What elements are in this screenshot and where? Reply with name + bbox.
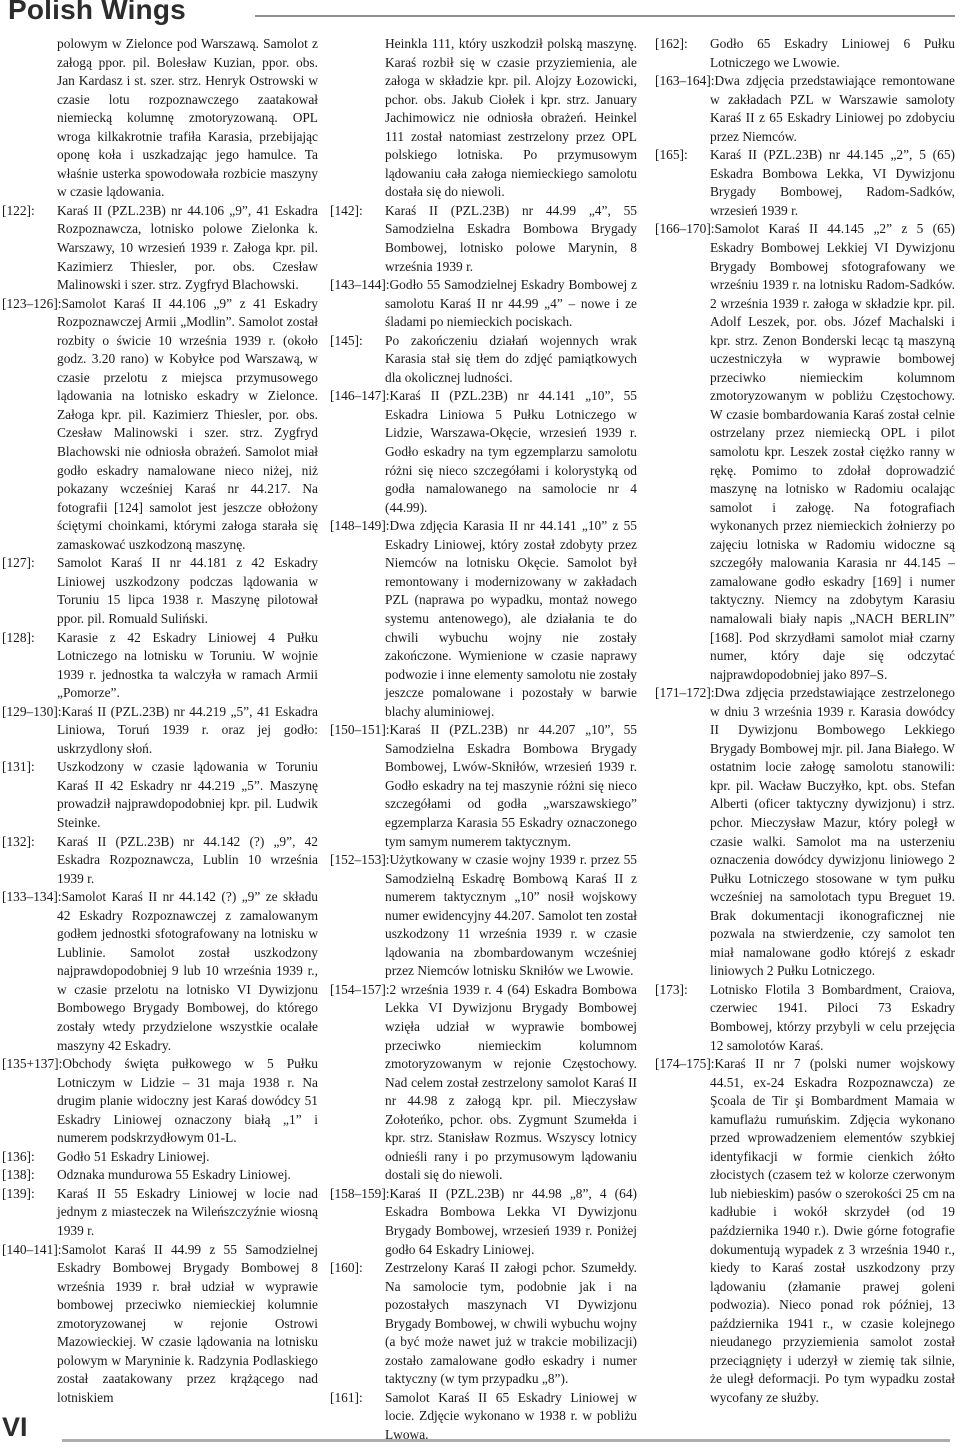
caption-entry: [139]:Karaś II 55 Eskadry Liniowej w loc… — [2, 1185, 318, 1241]
caption-entry: [148–149]:Dwa zdjęcia Karasia II nr 44.1… — [330, 517, 637, 721]
caption-text: Samolot Karaś II 44.145 „2” z 5 (65) Esk… — [710, 221, 955, 681]
caption-ref-label: [146–147]: — [330, 387, 390, 406]
header-rule — [255, 15, 955, 17]
caption-ref-label: [150–151]: — [330, 721, 390, 740]
text-column-2: Heinkla 111, który uszkodził polską masz… — [330, 35, 637, 1440]
caption-ref-label: [133–134]: — [2, 888, 62, 907]
caption-text: Karaś II (PZL.23B) nr 44.145 „2”, 5 (65)… — [710, 147, 955, 218]
caption-entry: [122]:Karaś II (PZL.23B) nr 44.106 „9”, … — [2, 202, 318, 295]
caption-text: Heinkla 111, który uszkodził polską masz… — [385, 36, 637, 199]
caption-entry: [138]:Odznaka mundurowa 55 Eskadry Linio… — [2, 1166, 318, 1185]
caption-ref-label: [152–153]: — [330, 851, 390, 870]
caption-entry: [127]:Samolot Karaś II nr 44.181 z 42 Es… — [2, 554, 318, 628]
footer-rule — [62, 1439, 950, 1442]
caption-text: Karaś II (PZL.23B) nr 44.141 „10”, 55 Es… — [385, 388, 637, 514]
text-column-1: polowym w Zielonce pod Warszawą. Samolot… — [2, 35, 318, 1440]
caption-text: Dwa zdjęcia przedstawiające zestrzeloneg… — [710, 685, 955, 978]
caption-entry: [140–141]:Samolot Karaś II 44.99 z 55 Sa… — [2, 1241, 318, 1408]
caption-entry: [174–175]:Karaś II nr 7 (polski numer wo… — [655, 1055, 955, 1407]
caption-text: Godło 55 Samodzielnej Eskadry Bombowej z… — [385, 277, 637, 329]
caption-text: polowym w Zielonce pod Warszawą. Samolot… — [57, 36, 318, 199]
caption-ref-label: [158–159]: — [330, 1185, 390, 1204]
caption-ref-label: [163–164]: — [655, 72, 715, 91]
caption-text: Lotnisko Flotila 3 Bombardment, Craiova,… — [710, 982, 955, 1053]
caption-entry: [173]:Lotnisko Flotila 3 Bombardment, Cr… — [655, 981, 955, 1055]
caption-ref-label: [140–141]: — [2, 1241, 62, 1260]
caption-ref-label: [143–144]: — [330, 276, 390, 295]
caption-entry: [133–134]:Samolot Karaś II nr 44.142 (?)… — [2, 888, 318, 1055]
caption-ref-label: [132]: — [2, 833, 57, 852]
caption-text: Samolot Karaś II 44.99 z 55 Samodzielnej… — [57, 1242, 318, 1405]
caption-entry: [142]:Karaś II (PZL.23B) nr 44.99 „4”, 5… — [330, 202, 637, 276]
caption-entry: [131]:Uszkodzony w czasie lądowania w To… — [2, 758, 318, 832]
caption-ref-label: [148–149]: — [330, 517, 390, 536]
caption-text: Obchody święta pułkowego w 5 Pułku Lotni… — [57, 1056, 318, 1145]
caption-text: Karasie z 42 Eskadry Liniowej 4 Pułku Lo… — [57, 630, 318, 701]
caption-text: Dwa zdjęcia przedstawiające remontowane … — [710, 73, 955, 144]
caption-text: Samolot Karaś II 44.106 „9” z 41 Eskadry… — [57, 296, 318, 552]
caption-ref-label: [123–126]: — [2, 295, 62, 314]
page-title: Polish Wings — [8, 0, 186, 26]
caption-ref-label: [166–170]: — [655, 220, 715, 239]
caption-text: Karaś II (PZL.23B) nr 44.142 (?) „9”, 42… — [57, 834, 318, 886]
caption-ref-label: [160]: — [330, 1259, 385, 1278]
caption-ref-label: [122]: — [2, 202, 57, 221]
caption-entry: [150–151]:Karaś II (PZL.23B) nr 44.207 „… — [330, 721, 637, 851]
caption-text: Samolot Karaś II nr 44.142 (?) „9” ze sk… — [57, 889, 318, 1052]
caption-entry: [145]:Po zakończeniu działań wojennych w… — [330, 332, 637, 388]
caption-text: Po zakończeniu działań wojennych wrak Ka… — [385, 333, 637, 385]
caption-text: 2 września 1939 r. 4 (64) Eskadra Bombow… — [385, 982, 637, 1182]
caption-ref-label: [165]: — [655, 146, 710, 165]
caption-text: Zestrzelony Karaś II załogi pchor. Szume… — [385, 1260, 637, 1386]
caption-ref-label: [135+137]: — [2, 1055, 62, 1074]
caption-entry: [132]:Karaś II (PZL.23B) nr 44.142 (?) „… — [2, 833, 318, 889]
caption-entry: [154–157]:2 września 1939 r. 4 (64) Eska… — [330, 981, 637, 1185]
caption-text: Karaś II nr 7 (polski numer wojskowy 44.… — [710, 1056, 955, 1405]
caption-text: Karaś II (PZL.23B) nr 44.98 „8”, 4 (64) … — [385, 1186, 637, 1257]
caption-text: Karaś II (PZL.23B) nr 44.207 „10”, 55 Sa… — [385, 722, 637, 848]
caption-entry: [123–126]:Samolot Karaś II 44.106 „9” z … — [2, 295, 318, 555]
caption-text: Godło 65 Eskadry Liniowej 6 Pułku Lotnic… — [710, 36, 955, 70]
page-number: VI — [2, 1412, 28, 1443]
caption-text: Użytkowany w czasie wojny 1939 r. przez … — [385, 852, 637, 978]
caption-ref-label: [161]: — [330, 1389, 385, 1408]
caption-text: Godło 51 Eskadry Liniowej. — [57, 1149, 209, 1164]
caption-text: Uszkodzony w czasie lądowania w Toruniu … — [57, 759, 318, 830]
caption-ref-label: [127]: — [2, 554, 57, 573]
caption-ref-label: [154–157]: — [330, 981, 390, 1000]
caption-entry: [135+137]:Obchody święta pułkowego w 5 P… — [2, 1055, 318, 1148]
caption-entry: [143–144]:Godło 55 Samodzielnej Eskadry … — [330, 276, 637, 332]
text-column-3: [162]:Godło 65 Eskadry Liniowej 6 Pułku … — [655, 35, 955, 1440]
caption-ref-label: [145]: — [330, 332, 385, 351]
caption-text: Samolot Karaś II 65 Eskadry Liniowej w l… — [385, 1390, 637, 1440]
caption-entry: Heinkla 111, który uszkodził polską masz… — [330, 35, 637, 202]
caption-ref-label: [173]: — [655, 981, 710, 1000]
caption-entry: [146–147]:Karaś II (PZL.23B) nr 44.141 „… — [330, 387, 637, 517]
caption-entry: [162]:Godło 65 Eskadry Liniowej 6 Pułku … — [655, 35, 955, 72]
caption-ref-label: [129–130]: — [2, 703, 62, 722]
caption-ref-label: [162]: — [655, 35, 710, 54]
caption-text: Karaś II 55 Eskadry Liniowej w locie nad… — [57, 1186, 318, 1238]
caption-entry: polowym w Zielonce pod Warszawą. Samolot… — [2, 35, 318, 202]
caption-text: Karaś II (PZL.23B) nr 44.99 „4”, 55 Samo… — [385, 203, 637, 274]
caption-ref-label: [131]: — [2, 758, 57, 777]
caption-entry: [128]:Karasie z 42 Eskadry Liniowej 4 Pu… — [2, 629, 318, 703]
caption-entry: [166–170]:Samolot Karaś II 44.145 „2” z … — [655, 220, 955, 684]
caption-text: Karaś II (PZL.23B) nr 44.219 „5”, 41 Esk… — [57, 704, 318, 756]
caption-entry: [161]:Samolot Karaś II 65 Eskadry Liniow… — [330, 1389, 637, 1440]
caption-entry: [152–153]:Użytkowany w czasie wojny 1939… — [330, 851, 637, 981]
caption-text: Dwa zdjęcia Karasia II nr 44.141 „10” z … — [385, 518, 637, 718]
caption-entry: [163–164]:Dwa zdjęcia przedstawiające re… — [655, 72, 955, 146]
caption-text: Odznaka mundurowa 55 Eskadry Liniowej. — [57, 1167, 291, 1182]
document-page: Polish Wings polowym w Zielonce pod Wars… — [0, 0, 960, 1449]
caption-text: Samolot Karaś II nr 44.181 z 42 Eskadry … — [57, 555, 318, 626]
caption-entry: [165]:Karaś II (PZL.23B) nr 44.145 „2”, … — [655, 146, 955, 220]
caption-ref-label: [138]: — [2, 1166, 57, 1185]
caption-ref-label: [139]: — [2, 1185, 57, 1204]
caption-entry: [129–130]:Karaś II (PZL.23B) nr 44.219 „… — [2, 703, 318, 759]
caption-ref-label: [171–172]: — [655, 684, 715, 703]
caption-entry: [136]:Godło 51 Eskadry Liniowej. — [2, 1148, 318, 1167]
caption-text: Karaś II (PZL.23B) nr 44.106 „9”, 41 Esk… — [57, 203, 318, 292]
caption-entry: [158–159]:Karaś II (PZL.23B) nr 44.98 „8… — [330, 1185, 637, 1259]
caption-ref-label: [142]: — [330, 202, 385, 221]
caption-entry: [160]:Zestrzelony Karaś II załogi pchor.… — [330, 1259, 637, 1389]
caption-ref-label: [174–175]: — [655, 1055, 715, 1074]
caption-ref-label: [136]: — [2, 1148, 57, 1167]
caption-ref-label: [128]: — [2, 629, 57, 648]
caption-entry: [171–172]:Dwa zdjęcia przedstawiające ze… — [655, 684, 955, 981]
